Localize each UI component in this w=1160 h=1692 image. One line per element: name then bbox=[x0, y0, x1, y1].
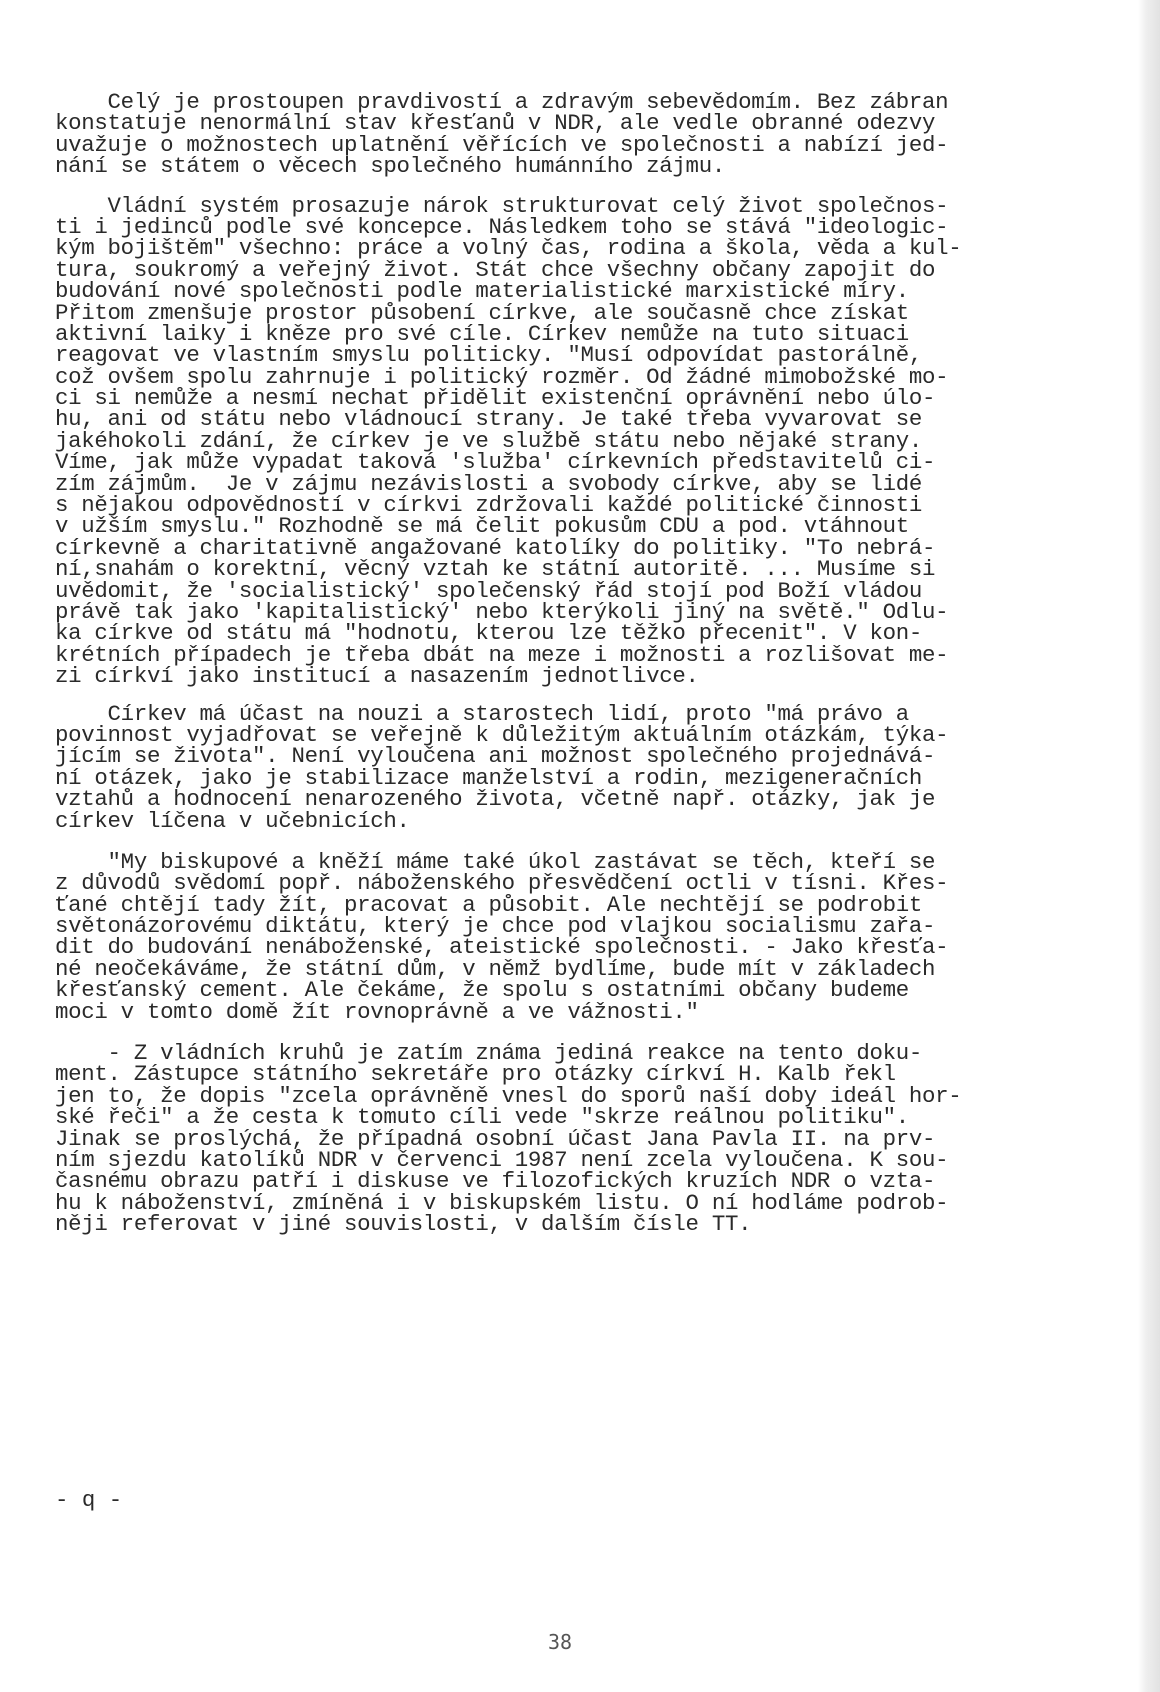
paragraph-1: Celý je prostoupen pravdivostí a zdravým… bbox=[55, 92, 1105, 178]
paragraph-2: Vládní systém prosazuje nárok strukturov… bbox=[55, 196, 1105, 688]
paragraph-3: Církev má účast na nouzi a starostech li… bbox=[55, 704, 1105, 832]
paragraph-5: - Z vládních kruhů je zatím známa jediná… bbox=[55, 1043, 1105, 1236]
text-line: nání se státem o věcech společného humán… bbox=[55, 156, 1105, 177]
text-line: moci v tomto domě žít rovnoprávně a ve v… bbox=[55, 1002, 1105, 1023]
text-line: zi církví jako institucí a nasazením jed… bbox=[55, 666, 1105, 687]
text-line: něji referovat v jiné souvislosti, v dal… bbox=[55, 1214, 1105, 1235]
page-number: 38 bbox=[548, 1630, 572, 1654]
document-body: Celý je prostoupen pravdivostí a zdravým… bbox=[55, 92, 1105, 1236]
author-signature: - q - bbox=[55, 1487, 122, 1513]
page-edge-shadow bbox=[1138, 0, 1160, 1692]
text-line: církev líčena v učebnicích. bbox=[55, 811, 1105, 832]
paragraph-4: "My biskupové a kněží máme také úkol zas… bbox=[55, 852, 1105, 1023]
